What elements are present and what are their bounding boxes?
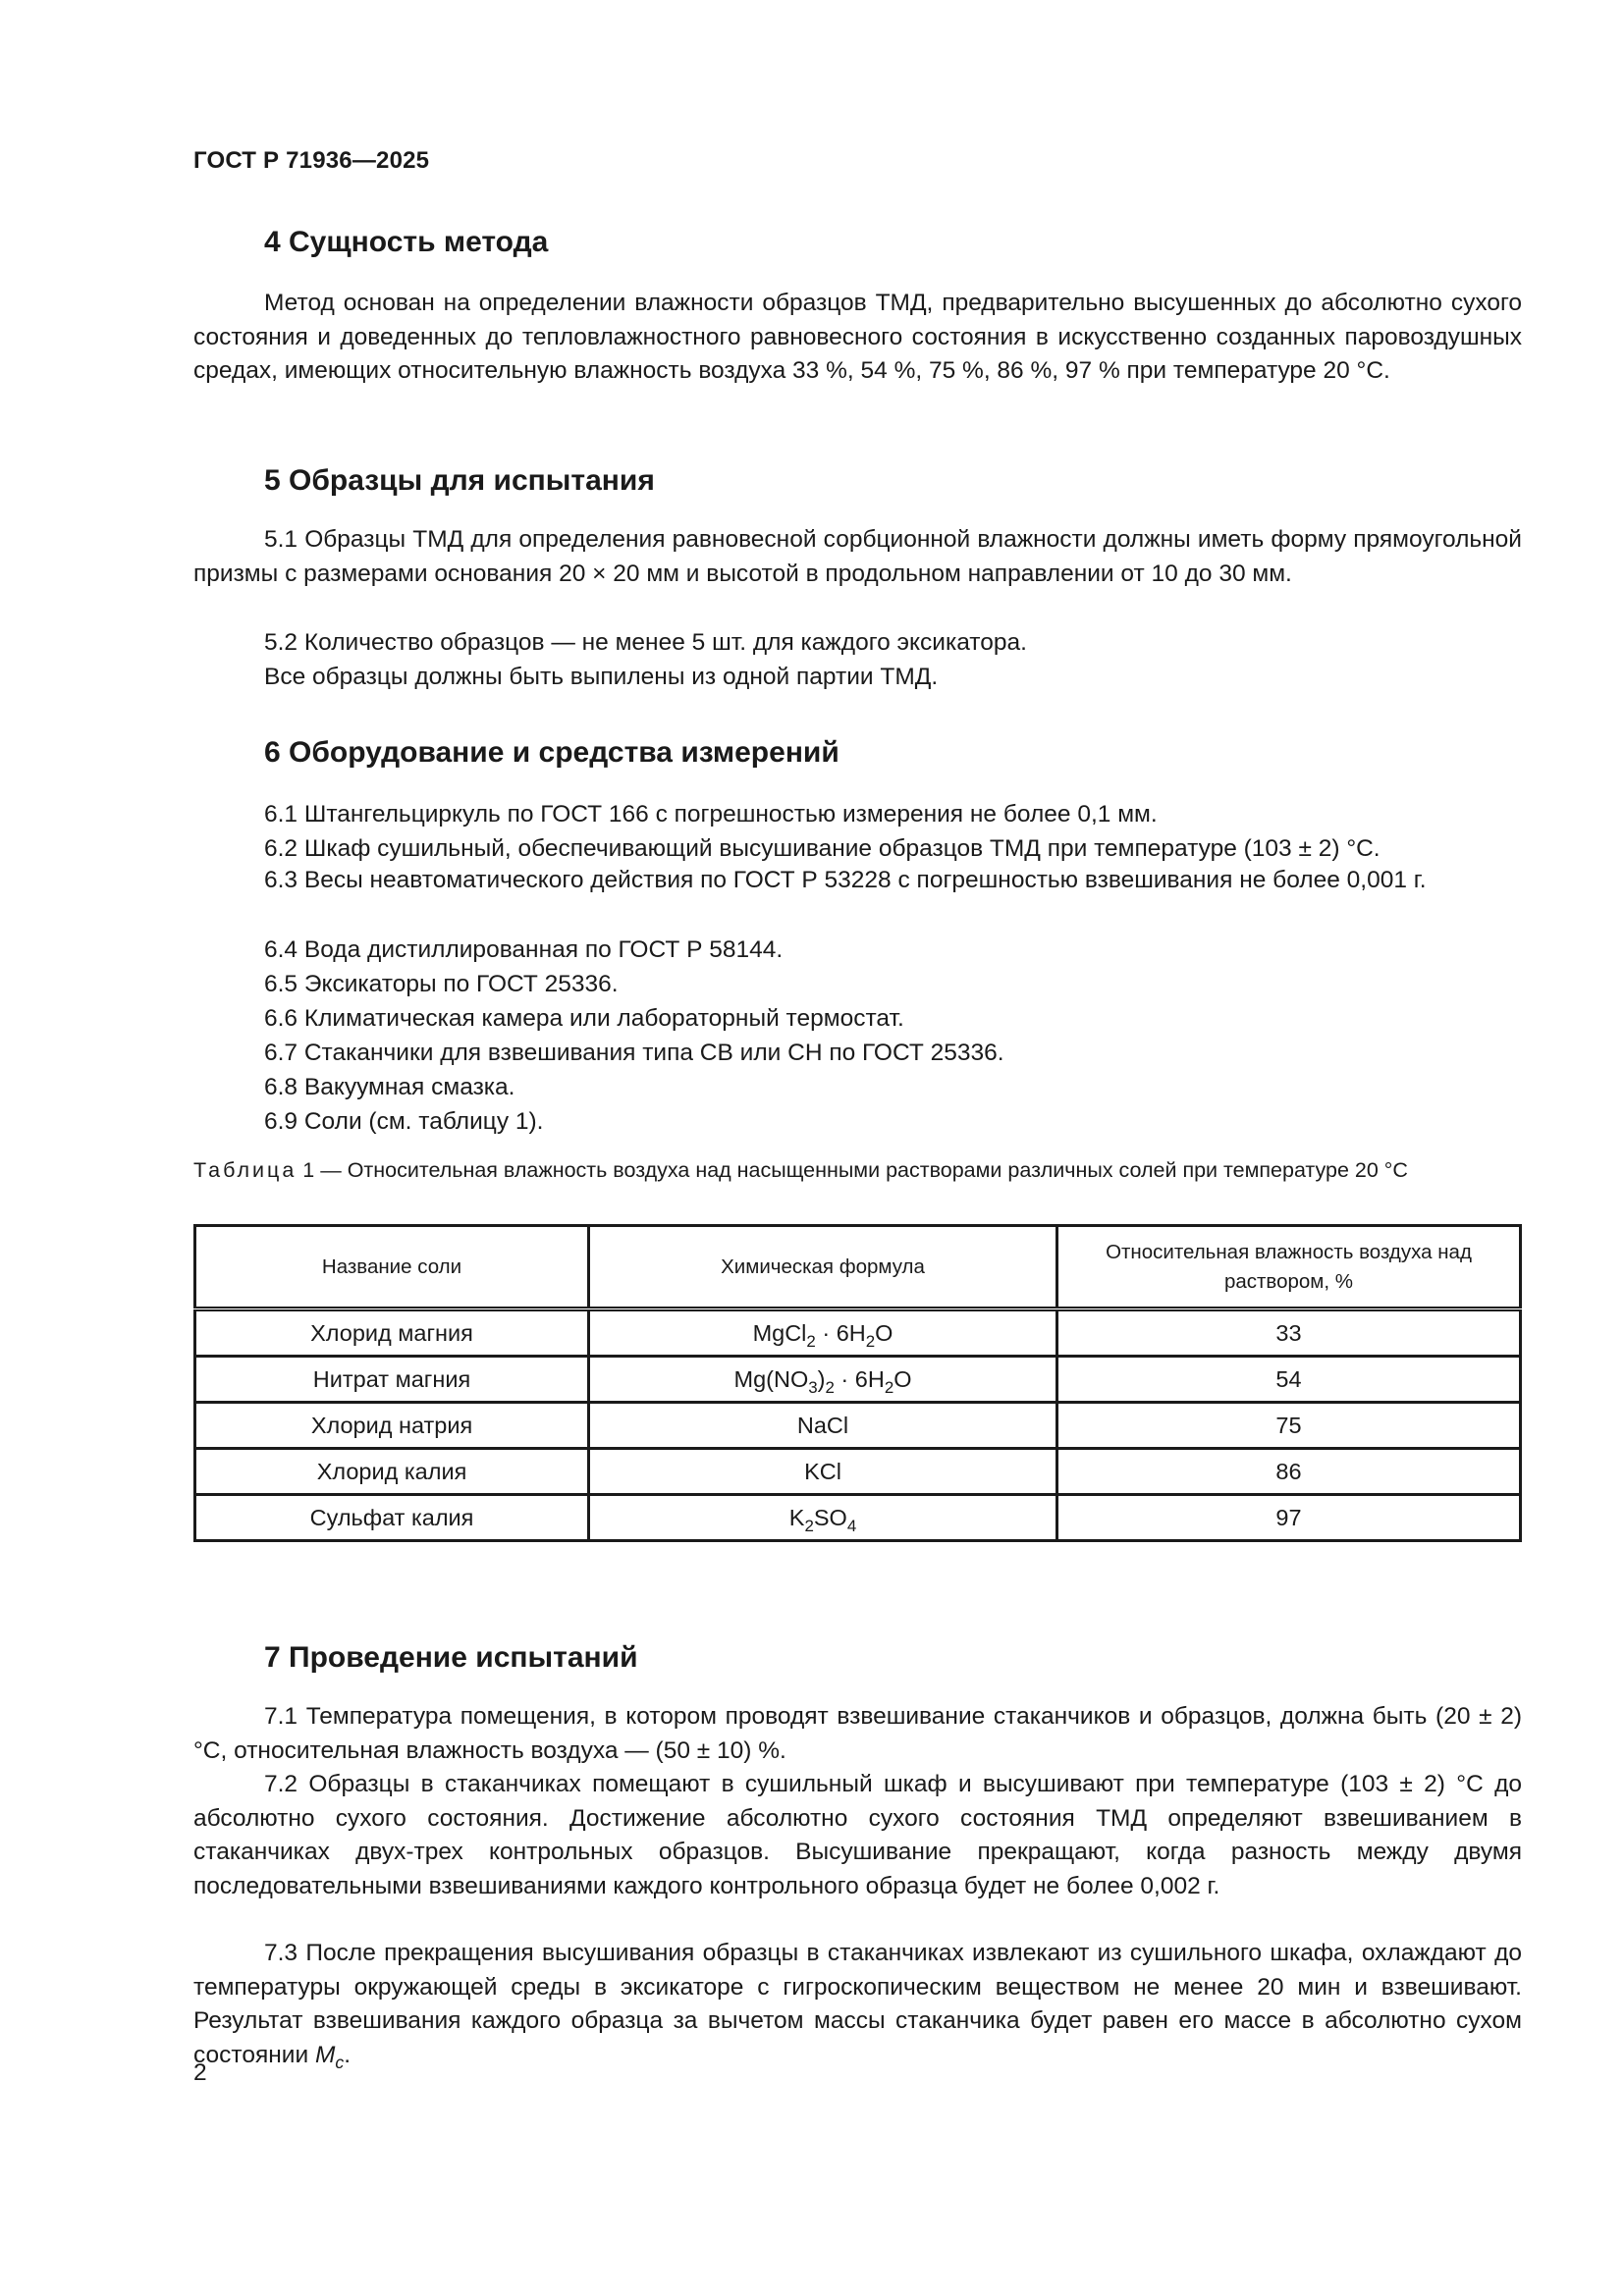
table-row: Хлорид магнияMgCl2 · 6H2O33 (195, 1309, 1521, 1357)
section-4-title: 4 Сущность метода (264, 226, 548, 259)
item-6-5: 6.5 Эксикаторы по ГОСТ 25336. (264, 971, 619, 998)
table-caption-label: Таблица (193, 1158, 297, 1182)
section-5-3: Все образцы должны быть выпилены из одно… (264, 664, 938, 691)
item-6-4: 6.4 Вода дистиллированная по ГОСТ Р 5814… (264, 936, 783, 964)
section-5-2: 5.2 Количество образцов — не менее 5 шт.… (264, 629, 1027, 657)
salt-name: Хлорид магния (195, 1309, 589, 1357)
header-formula: Химическая формула (589, 1226, 1057, 1309)
item-6-9: 6.9 Соли (см. таблицу 1). (264, 1108, 543, 1136)
salt-name: Хлорид натрия (195, 1403, 589, 1449)
salt-name: Сульфат калия (195, 1495, 589, 1541)
header-humidity: Относительная влажность воздуха над раст… (1057, 1226, 1521, 1309)
chemical-formula: K2SO4 (589, 1495, 1057, 1541)
section-7-2-text: 7.2 Образцы в стаканчиках помещают в суш… (193, 1771, 1522, 1899)
table-row: Сульфат калияK2SO497 (195, 1495, 1521, 1541)
table-caption-text: 1 — Относительная влажность воздуха над … (297, 1158, 1408, 1182)
salt-name: Нитрат магния (195, 1357, 589, 1403)
section-7-3-text: 7.3 После прекращения высушивания образц… (193, 1940, 1522, 2068)
table-row: Хлорид калияKCl86 (195, 1449, 1521, 1495)
section-7-2: 7.2 Образцы в стаканчиках помещают в суш… (193, 1768, 1522, 1903)
document-id: ГОСТ Р 71936—2025 (193, 147, 429, 175)
section-5-title: 5 Образцы для испытания (264, 464, 655, 498)
item-6-8: 6.8 Вакуумная смазка. (264, 1074, 515, 1101)
mass-symbol: M (315, 2042, 335, 2068)
humidity-value: 54 (1057, 1357, 1521, 1403)
item-6-7: 6.7 Стаканчики для взвешивания типа СВ и… (264, 1040, 1004, 1067)
section-4-body: Метод основан на определении влажности о… (193, 290, 1522, 384)
salt-name: Хлорид калия (195, 1449, 589, 1495)
item-6-2: 6.2 Шкаф сушильный, обеспечивающий высуш… (264, 835, 1380, 863)
mass-symbol-sub: c (335, 2053, 344, 2072)
humidity-value: 33 (1057, 1309, 1521, 1357)
humidity-value: 97 (1057, 1495, 1521, 1541)
chemical-formula: NaCl (589, 1403, 1057, 1449)
salts-table: Название соли Химическая формула Относит… (193, 1224, 1522, 1542)
section-5-1-text: 5.1 Образцы ТМД для определения равновес… (193, 526, 1522, 587)
item-6-6: 6.6 Климатическая камера или лабораторны… (264, 1005, 904, 1033)
section-4-text: Метод основан на определении влажности о… (193, 287, 1522, 389)
section-7-1: 7.1 Температура помещения, в котором про… (193, 1700, 1522, 1768)
table-row: Нитрат магнияMg(NO3)2 · 6H2O54 (195, 1357, 1521, 1403)
section-5-1: 5.1 Образцы ТМД для определения равновес… (193, 523, 1522, 591)
humidity-value: 75 (1057, 1403, 1521, 1449)
chemical-formula: KCl (589, 1449, 1057, 1495)
item-6-3: 6.3 Весы неавтоматического действия по Г… (193, 864, 1522, 898)
section-7-1-text: 7.1 Температура помещения, в котором про… (193, 1703, 1522, 1764)
table-row: Хлорид натрияNaCl75 (195, 1403, 1521, 1449)
section-7-3: 7.3 После прекращения высушивания образц… (193, 1937, 1522, 2072)
chemical-formula: MgCl2 · 6H2O (589, 1309, 1057, 1357)
item-6-3-text: 6.3 Весы неавтоматического действия по Г… (264, 867, 1427, 893)
section-6-title: 6 Оборудование и средства измерений (264, 736, 839, 770)
section-7-title: 7 Проведение испытаний (264, 1641, 638, 1675)
section-7-3-end: . (344, 2042, 351, 2068)
header-salt-name: Название соли (195, 1226, 589, 1309)
page-number: 2 (193, 2059, 207, 2087)
chemical-formula: Mg(NO3)2 · 6H2O (589, 1357, 1057, 1403)
humidity-value: 86 (1057, 1449, 1521, 1495)
table-1-caption: Таблица 1 — Относительная влажность возд… (193, 1154, 1522, 1187)
table-header-row: Название соли Химическая формула Относит… (195, 1226, 1521, 1309)
item-6-1: 6.1 Штангельциркуль по ГОСТ 166 с погреш… (264, 801, 1158, 828)
